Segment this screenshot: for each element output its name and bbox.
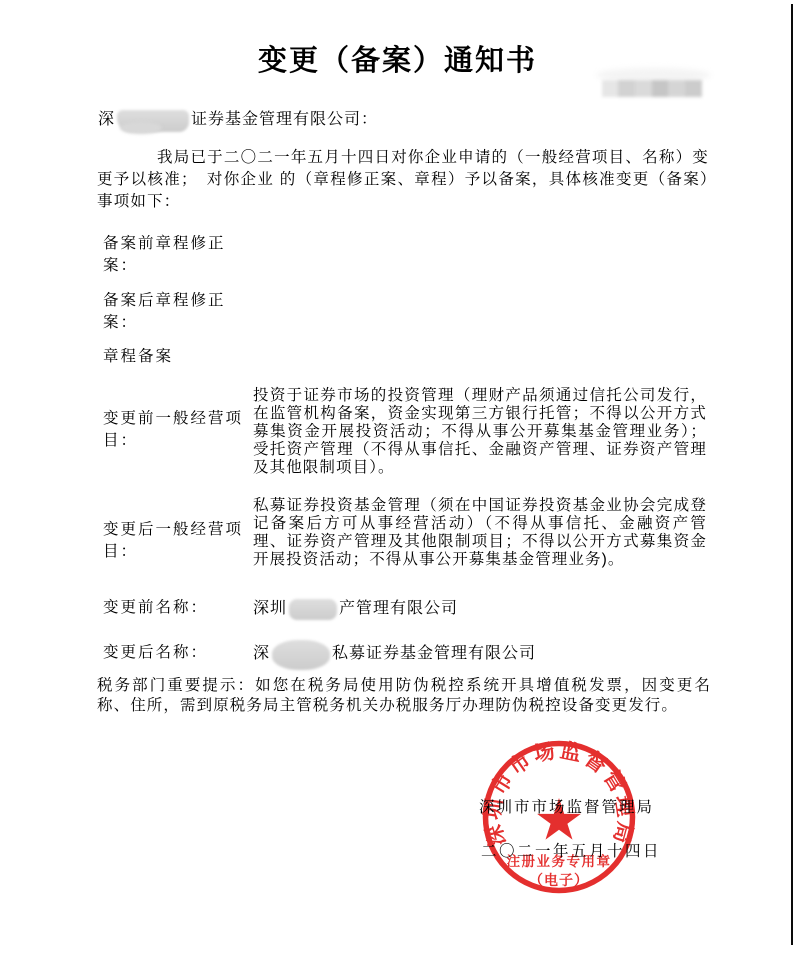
- name-before-prefix: 深圳: [253, 600, 287, 617]
- name-after-prefix: 深: [253, 645, 270, 662]
- official-seal: 深圳市市场监督管理局 注册业务专用章 （电子）: [480, 735, 638, 901]
- intro-paragraph: 我局已于二〇二一年五月十四日对你企业申请的（一般经营项目、名称）变更予以核准； …: [97, 147, 709, 213]
- issuing-authority: 深圳市市场监督管理局: [479, 795, 654, 817]
- row-value-business-scope-before: 投资于证券市场的投资管理（理财产品须通过信托公司发行，在监管机构备案，资金实现第…: [253, 387, 707, 477]
- scan-border-line: [791, 4, 793, 945]
- seal-ring-text: 深圳市市场监督管理局: [481, 738, 637, 848]
- seal-electronic-label: （电子）: [529, 872, 589, 888]
- row-label-name-before: 变更前名称：: [103, 597, 249, 619]
- redaction-blur: [272, 640, 330, 670]
- row-value-business-scope-after: 私募证券投资基金管理（须在中国证券投资基金业协会完成登记备案后方可从事经营活动）…: [253, 497, 707, 569]
- row-label-pre-filing-amendment: 备案前章程修正案：: [103, 233, 249, 277]
- row-label-business-scope-before: 变更前一般经营项目：: [103, 408, 249, 452]
- redaction-blur: [289, 599, 337, 620]
- row-label-business-scope-after: 变更后一般经营项目：: [103, 519, 249, 563]
- tax-department-notice: 税务部门重要提示：如您在税务局使用防伪税控系统开具增值税发票，因变更名称、住所，…: [97, 676, 711, 715]
- row-value-name-before: 深圳产管理有限公司: [253, 595, 458, 618]
- notification-document: 变更（备案）通知书 深证券基金管理有限公司： 我局已于二〇二一年五月十四日对你企…: [0, 0, 795, 953]
- row-label-charter-filing: 章程备案: [103, 346, 249, 368]
- name-before-suffix: 产管理有限公司: [339, 600, 458, 617]
- row-value-name-after: 深私募证券基金管理有限公司: [253, 640, 536, 663]
- redacted-document-number: [602, 80, 702, 97]
- redaction-blur-tail: [120, 122, 162, 134]
- addressee-suffix: 证券基金管理有限公司：: [191, 111, 378, 128]
- addressee-prefix: 深: [98, 111, 115, 128]
- row-label-post-filing-amendment: 备案后章程修正案：: [103, 290, 249, 334]
- row-label-name-after: 变更后名称：: [103, 642, 249, 664]
- issue-date: 二〇二一年五月十四日: [481, 839, 661, 861]
- name-after-suffix: 私募证券基金管理有限公司: [332, 645, 536, 662]
